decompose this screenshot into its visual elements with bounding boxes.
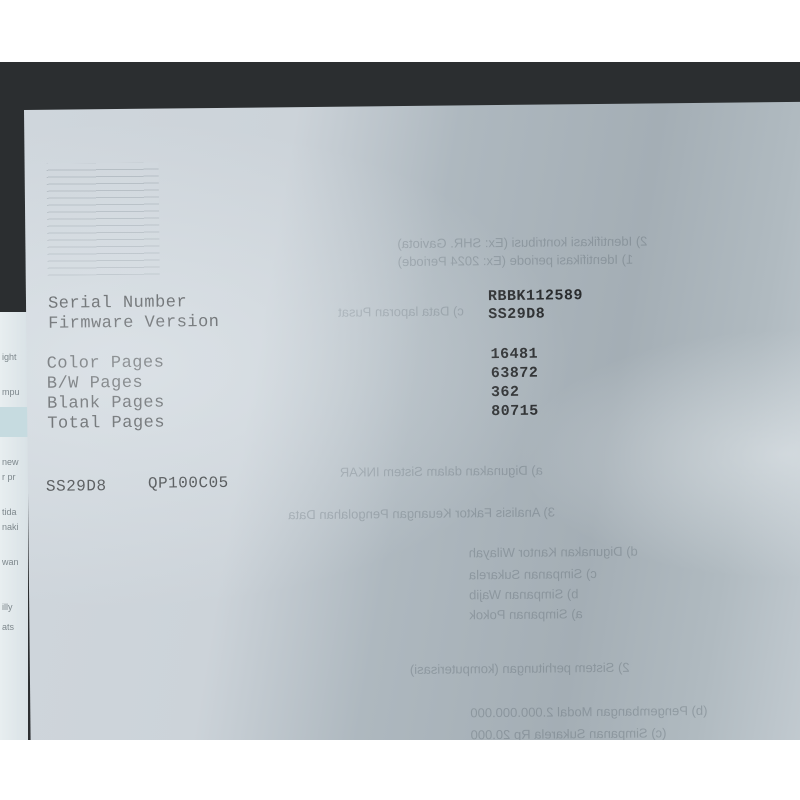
value-color-pages: 16481 (490, 345, 538, 365)
bleed-line: 2) Identifikasi kontribusi (Ex: SHR. Gav… (397, 233, 647, 251)
printed-report-page: 2) Identifikasi kontribusi (Ex: SHR. Gav… (24, 102, 800, 740)
strip-text: naki (2, 522, 19, 532)
label-color-pages: Color Pages (47, 354, 165, 375)
strip-text: ats (2, 622, 14, 632)
value-total-pages: 80715 (491, 402, 539, 422)
footer-code: QP100C05 (148, 473, 229, 494)
photo-background: ight mpu new r pr tida naki wan illy ats… (0, 62, 800, 740)
label-blank-pages: Blank Pages (47, 394, 165, 415)
strip-text: tida (2, 507, 17, 517)
highlight-band (0, 407, 28, 437)
strip-text: wan (2, 557, 19, 567)
value-blank-pages: 362 (491, 383, 520, 403)
label-serial-number: Serial Number (48, 293, 187, 314)
bleed-line: 2) Sistem perhitungan (komputerisasi) (410, 660, 630, 677)
strip-text: new (2, 457, 19, 467)
label-bw-pages: B/W Pages (47, 374, 144, 395)
bottom-margin (0, 740, 800, 800)
strip-text: illy (2, 602, 13, 612)
bleed-line: (c) Simpanan Sukarela Rp 20.000 (470, 725, 666, 740)
value-bw-pages: 63872 (491, 364, 539, 384)
lined-pattern-box (47, 163, 160, 276)
bleed-line: (b) Pengembangan Modal 2.000.000.000 (470, 703, 707, 720)
label-firmware-version: Firmware Version (48, 313, 219, 335)
bleed-line: 1) Identifikasi periode (Ex: 2024 Period… (398, 252, 634, 269)
bleed-line: 3) Analisis Faktor Keuangan Pengolahan D… (288, 504, 555, 522)
footer-firmware: SS29D8 (46, 476, 107, 497)
bleed-line: a) Simpanan Pokok (469, 606, 583, 622)
value-firmware-version: SS29D8 (488, 305, 545, 326)
strip-text: r pr (2, 472, 16, 482)
strip-text: ight (2, 352, 17, 362)
label-total-pages: Total Pages (47, 414, 165, 435)
bleed-line: b) Simpanan Wajib (469, 586, 579, 602)
background-document-strip: ight mpu new r pr tida naki wan illy ats (0, 312, 28, 740)
bleed-line: a) Digunakan dalam Sistem INKAR (340, 463, 543, 480)
bleed-line: d) Digunakan Kantor Wilayah (469, 544, 638, 561)
bleed-line: c) Simpanan Sukarela (469, 566, 597, 582)
strip-text: mpu (2, 387, 20, 397)
bleed-line: c) Data laporan Pusat (338, 303, 464, 319)
